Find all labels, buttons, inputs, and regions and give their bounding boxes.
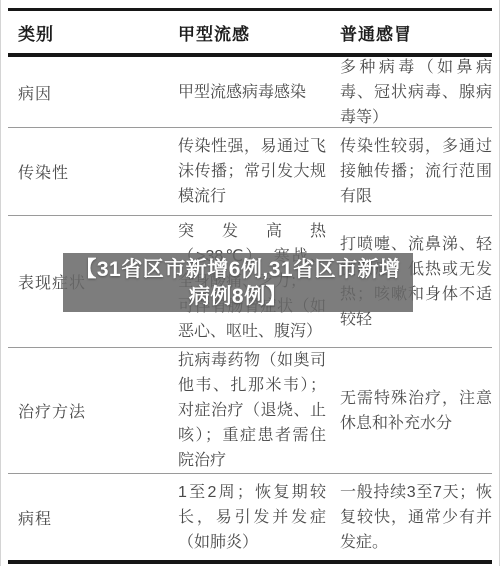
table-row-cause: 病因 甲型流感病毒感染 多种病毒（如鼻病毒、冠状病毒、腺病毒等） <box>8 57 492 127</box>
row-label-duration: 病程 <box>8 506 178 529</box>
header-category: 类别 <box>8 20 178 45</box>
table-row-treatment: 治疗方法 抗病毒药物（如奥司他韦、扎那米韦）；对症治疗（退烧、止咳）；重症患者需… <box>8 347 492 473</box>
table-row-duration: 病程 1至2周；恢复期较长，易引发并发症（如肺炎） 一般持续3至7天；恢复较快，… <box>8 473 492 560</box>
row-label-cause: 病因 <box>8 81 178 104</box>
row-label-contagiousness: 传染性 <box>8 160 178 183</box>
news-headline-text: 【31省区市新增6例,31省区市新增病例8例】 <box>63 256 413 310</box>
cold-cell-duration: 一般持续3至7天；恢复较快，通常少有并发症。 <box>340 480 492 555</box>
table-bottom-rule <box>8 560 492 564</box>
left-edge-divider <box>0 0 1 566</box>
header-influenza-a: 甲型流感 <box>178 20 340 45</box>
flu-cell-cause: 甲型流感病毒感染 <box>178 80 340 105</box>
table-header-row: 类别 甲型流感 普通感冒 <box>8 11 492 53</box>
cold-cell-treatment: 无需特殊治疗，注意休息和补充水分 <box>340 386 492 436</box>
news-headline-overlay: 【31省区市新增6例,31省区市新增病例8例】 <box>63 253 413 312</box>
flu-cell-treatment: 抗病毒药物（如奥司他韦、扎那米韦）；对症治疗（退烧、止咳）；重症患者需住院治疗 <box>178 348 340 473</box>
flu-cell-contagiousness: 传染性强，易通过飞沫传播；常引发大规模流行 <box>178 134 340 209</box>
header-common-cold: 普通感冒 <box>340 20 492 45</box>
table-row-contagiousness: 传染性 传染性强，易通过飞沫传播；常引发大规模流行 传染性较弱，多通过接触传播；… <box>8 127 492 215</box>
cold-cell-contagiousness: 传染性较弱，多通过接触传播；流行范围有限 <box>340 134 492 209</box>
cold-cell-cause: 多种病毒（如鼻病毒、冠状病毒、腺病毒等） <box>340 55 492 130</box>
row-label-treatment: 治疗方法 <box>8 399 178 422</box>
flu-cell-duration: 1至2周；恢复期较长，易引发并发症（如肺炎） <box>178 480 340 555</box>
